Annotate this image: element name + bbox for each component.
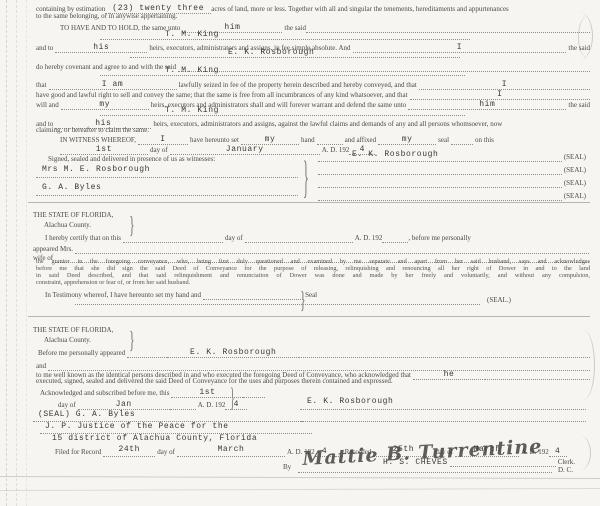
section-divider — [28, 202, 590, 203]
dotted-rule — [75, 304, 480, 305]
printed-text: TO HAVE AND TO HOLD, the same unto — [60, 24, 180, 33]
deed-line-belonging: to the same belonging, or in anywise app… — [36, 12, 177, 21]
dotted-blank — [485, 369, 590, 380]
dower-county-heading: Alachua County. — [44, 221, 91, 230]
grantor-name-entry: E. K. Rosborough — [228, 48, 314, 57]
by-label: By — [283, 463, 291, 472]
scanned-deed-page: containing by estimation (23) twenty thr… — [0, 0, 600, 506]
left-fold-crease — [26, 0, 27, 506]
printed-text: Before me personally appeared — [38, 349, 125, 358]
dotted-rule — [36, 177, 298, 178]
witness-heading: Signed, sealed and delivered in presence… — [48, 155, 215, 164]
ack-appeared-line: Before me personally appeared E. K. Rosb… — [38, 347, 590, 358]
printed-text: Filed for Record — [55, 448, 101, 457]
year-entry: 4 — [225, 399, 247, 410]
printed-text: the said — [568, 44, 590, 53]
printed-text: acres of land, more or less. Together wi… — [211, 5, 509, 14]
printed-text: and to — [36, 44, 53, 53]
dotted-blank — [170, 399, 196, 410]
pronoun-entry: he — [413, 369, 485, 380]
dotted-blank — [243, 387, 265, 398]
seal-label: (SEAL) — [564, 153, 586, 162]
dotted-blank — [306, 22, 590, 33]
left-fold-crease — [16, 0, 17, 506]
dotted-blank — [178, 61, 590, 72]
seal-row: (SEAL) — [318, 190, 586, 201]
officer-title: J. P. Justice of the Peace for the — [45, 422, 229, 431]
printed-text: day of — [150, 146, 168, 155]
dotted-blank — [318, 177, 562, 188]
witness-signature-1: Mrs M. E. Rosborough — [42, 165, 150, 174]
printed-text: , before me personally — [408, 234, 471, 243]
dower-paragraph-line: in said Deed described, and that said re… — [36, 272, 590, 279]
dotted-rule — [100, 75, 465, 76]
filed-day-entry: 24th — [103, 446, 155, 457]
testimony-brace: } — [300, 286, 306, 316]
left-fold-crease — [6, 0, 7, 506]
deed-line-warrant: will and my heirs, executors and adminis… — [36, 99, 590, 110]
dotted-rule — [300, 421, 586, 422]
printed-text: the said — [568, 101, 590, 110]
seal-label: (SEAL) — [564, 166, 586, 175]
filed-month-entry: March — [177, 446, 285, 457]
printed-text: A. D. 192 — [198, 401, 226, 410]
printed-text: Seal — [305, 291, 317, 300]
dotted-rule — [36, 195, 298, 196]
grantee-name-entry: T. M. King — [165, 30, 219, 39]
printed-text: Acknowledged and subscribed before me, t… — [40, 389, 169, 398]
dotted-blank — [203, 289, 303, 300]
printed-text: claiming, or hereafter to claim the same… — [36, 126, 149, 134]
seal-label: (SEAL) — [564, 179, 586, 188]
deed-line-habendum: TO HAVE AND TO HOLD, the same unto him t… — [60, 22, 590, 33]
dotted-blank — [451, 134, 473, 145]
dotted-blank — [123, 232, 223, 243]
ack-state-heading: THE STATE OF FLORIDA, — [33, 326, 113, 335]
appearer-name-entry: E. K. Rosborough — [167, 347, 299, 358]
seal-label: (SEAL) — [564, 192, 586, 201]
pronoun-entry: his — [55, 42, 147, 53]
grantee-name-entry: T. M. King — [165, 106, 219, 115]
day-entry: 1st — [60, 144, 148, 155]
printed-text: In Testimony whereof, I have hereunto se… — [45, 291, 201, 300]
printed-text: seal — [438, 136, 449, 145]
printed-text: will and — [36, 101, 59, 110]
dotted-rule — [298, 472, 552, 473]
dotted-blank — [245, 232, 353, 243]
ack-executed-line: executed, signed, sealed and delivered t… — [36, 377, 393, 386]
bottom-crease — [0, 488, 600, 491]
officer-district: 15 district of Alachua County, Florida — [52, 434, 257, 443]
printed-text: I hereby certify that on this — [45, 234, 121, 243]
month-entry: Jan — [78, 399, 170, 410]
dower-paragraph-line: before me that she did sign the said Dee… — [36, 265, 590, 272]
dower-paragraph-line: constraint, apprehension or fear of, or … — [36, 279, 590, 286]
dotted-rule — [100, 39, 470, 40]
officer-signature: (SEAL) G. A. Byles — [38, 410, 135, 419]
ack-date-line: day of Jan A. D. 192 4 — [58, 399, 247, 410]
dower-certify-line: I hereby certify that on this day of A. … — [45, 232, 471, 243]
grantor-ack-name: E. K. Rosborough — [307, 397, 393, 406]
seal-row: (SEAL) — [318, 164, 586, 175]
dotted-blank — [127, 347, 167, 358]
dotted-blank — [318, 190, 562, 201]
notary-seal-label: (SEAL.) — [487, 296, 511, 305]
printed-text: to the same belonging, or in anywise app… — [36, 12, 177, 20]
dower-testimony-line: In Testimony whereof, I have hereunto se… — [45, 289, 317, 300]
witness-signature-2: G. A. Byles — [42, 183, 101, 192]
deputy-clerk-label: D. C. — [558, 466, 573, 475]
dower-paragraph-line: the grantor in the foregoing conveyance,… — [36, 258, 590, 265]
dotted-blank — [299, 347, 590, 358]
dotted-rule — [130, 57, 460, 58]
pronoun-entry: I — [353, 42, 567, 53]
seal-row: (SEAL) — [318, 151, 586, 162]
witness-brace: } — [303, 150, 309, 207]
printed-text: day of — [225, 234, 243, 243]
printed-text: A. D. 192 — [355, 234, 383, 243]
printed-text: heirs, executors, administrators and ass… — [153, 120, 502, 129]
pronoun-entry: him — [408, 99, 566, 110]
month-entry: January — [170, 144, 320, 155]
pronoun-entry: my — [61, 99, 149, 110]
dotted-blank — [382, 232, 408, 243]
dower-state-heading: THE STATE OF FLORIDA, — [33, 211, 113, 220]
dotted-rule — [300, 409, 586, 410]
bottom-crease — [0, 476, 600, 479]
section-divider — [28, 316, 590, 317]
seal-row: (SEAL) — [318, 177, 586, 188]
ack-county-heading: Alachua County. — [44, 336, 91, 345]
dotted-blank — [318, 151, 562, 162]
printed-text: day of — [157, 448, 175, 457]
printed-text: the said — [284, 24, 306, 33]
deed-line-covenant: do hereby covenant and agree to and with… — [36, 61, 590, 72]
dotted-blank — [318, 164, 562, 175]
printed-text: day of — [58, 401, 76, 410]
printed-text: on this — [475, 136, 494, 145]
printed-text: do hereby covenant and agree to and with… — [36, 63, 176, 72]
dotted-rule — [100, 115, 465, 116]
grantee-name-entry: T. M. King — [165, 66, 219, 75]
pronoun-entry: my — [378, 134, 436, 145]
